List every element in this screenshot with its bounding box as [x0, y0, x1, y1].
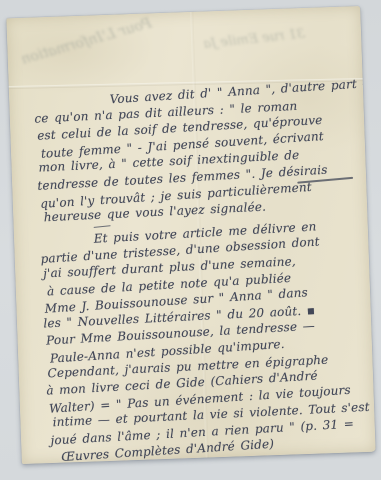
- scan-background: Pour L'Information 31 rue Emile Ja Vous …: [0, 0, 381, 480]
- ink-showthrough-top-right: 31 rue Emile Ja: [203, 26, 306, 52]
- ink-showthrough-top-left: Pour L'Information: [20, 15, 154, 67]
- letter-body: Vous avez dit d' " Anna ", d'autre part …: [35, 78, 375, 463]
- letter-page: Pour L'Information 31 rue Emile Ja Vous …: [6, 6, 375, 464]
